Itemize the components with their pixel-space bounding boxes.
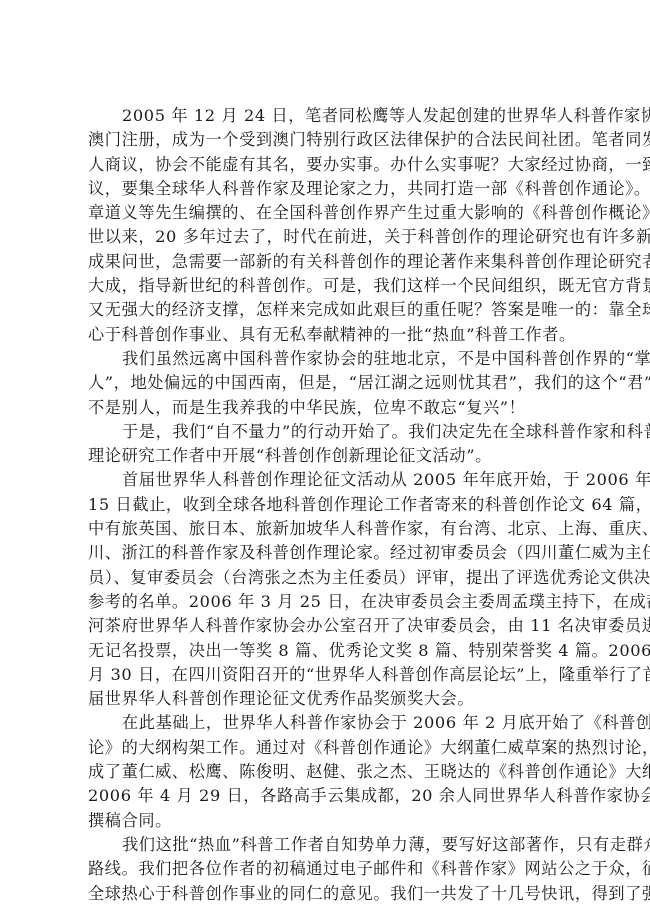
- text-line: 2005 年 12 月 24 日，笔者同松鹰等人发起创建的世界华人科普作家协会在: [88, 104, 564, 128]
- text-line: 首届世界华人科普创作理论征文活动从 2005 年年底开始，于 2006 年 3 …: [88, 468, 564, 492]
- paragraph: 首届世界华人科普创作理论征文活动从 2005 年年底开始，于 2006 年 3 …: [88, 468, 564, 711]
- text-line: 全球热心于科普创作事业的同仁的意见。我们一共发了十几号快讯，得到了强烈: [88, 882, 564, 906]
- text-line: 议，要集全球华人科普作家及理论家之力，共同打造一部《科普创作通论》。自: [88, 177, 564, 201]
- text-line: 世以来，20 多年过去了，时代在前进，关于科普创作的理论研究也有许多新的: [88, 225, 564, 249]
- text-line: 中有旅英国、旅日本、旅新加坡华人科普作家，有台湾、北京、上海、重庆、四: [88, 517, 564, 541]
- text-line: 理论研究工作者中开展“科普创作创新理论征文活动”。: [88, 444, 564, 468]
- text-line: 我们虽然远离中国科普作家协会的驻地北京，不是中国科普创作界的“掌门: [88, 347, 564, 371]
- text-line: 章道义等先生编撰的、在全国科普创作界产生过重大影响的《科普创作概论》问: [88, 201, 564, 225]
- document-page: 2005 年 12 月 24 日，笔者同松鹰等人发起创建的世界华人科普作家协会在…: [0, 0, 650, 911]
- paragraph: 我们这批“热血”科普工作者自知势单力薄，要写好这部著作，只有走群众 路线。我们把…: [88, 833, 564, 906]
- paragraph: 2005 年 12 月 24 日，笔者同松鹰等人发起创建的世界华人科普作家协会在…: [88, 104, 564, 347]
- text-line: 人商议，协会不能虚有其名，要办实事。办什么实事呢？大家经过协商，一致决: [88, 153, 564, 177]
- body-text: 2005 年 12 月 24 日，笔者同松鹰等人发起创建的世界华人科普作家协会在…: [88, 104, 564, 906]
- text-line: 参考的名单。2006 年 3 月 25 日，在决审委员会主委周孟璞主持下，在成都…: [88, 590, 564, 614]
- text-line: 不是别人，而是生我养我的中华民族，位卑不敢忘“复兴”！: [88, 396, 564, 420]
- text-line: 月 30 日，在四川资阳召开的“世界华人科普创作高层论坛”上，隆重举行了首: [88, 663, 564, 687]
- text-line: 又无强大的经济支撑，怎样来完成如此艰巨的重任呢？答案是唯一的：靠全球热: [88, 298, 564, 322]
- paragraph: 于是，我们“自不量力”的行动开始了。我们决定先在全球科普作家和科普 理论研究工作…: [88, 420, 564, 469]
- paragraph: 我们虽然远离中国科普作家协会的驻地北京，不是中国科普创作界的“掌门 人”，地处偏…: [88, 347, 564, 420]
- text-line: 河茶府世界华人科普作家协会办公室召开了决审委员会，由 11 名决审委员进行: [88, 614, 564, 638]
- text-line: 无记名投票，决出一等奖 8 篇、优秀论文奖 8 篇、特别荣誉奖 4 篇。2006…: [88, 639, 564, 663]
- text-line: 15 日截止，收到全球各地科普创作理论工作者寄来的科普创作论文 64 篇，作者: [88, 493, 564, 517]
- text-line: 川、浙江的科普作家及科普创作理论家。经过初审委员会（四川董仁威为主任委: [88, 541, 564, 565]
- paragraph: 在此基础上，世界华人科普作家协会于 2006 年 2 月底开始了《科普创作通 论…: [88, 711, 564, 832]
- text-line: 大成，指导新世纪的科普创作。可是，我们这样一个民间组织，既无官方背景，: [88, 274, 564, 298]
- text-line: 我们这批“热血”科普工作者自知势单力薄，要写好这部著作，只有走群众: [88, 833, 564, 857]
- text-line: 撰稿合同。: [88, 809, 564, 833]
- text-line: 届世界华人科普创作理论征文优秀作品奖颁奖大会。: [88, 687, 564, 711]
- text-line: 员）、复审委员会（台湾张之杰为主任委员）评审，提出了评选优秀论文供决审: [88, 566, 564, 590]
- text-line: 澳门注册，成为一个受到澳门特别行政区法律保护的合法民间社团。笔者同发起: [88, 128, 564, 152]
- text-line: 路线。我们把各位作者的初稿通过电子邮件和《科普作家》网站公之于众，征求: [88, 857, 564, 881]
- text-line: 在此基础上，世界华人科普作家协会于 2006 年 2 月底开始了《科普创作通: [88, 711, 564, 735]
- text-line: 2006 年 4 月 29 日，各路高手云集成都，20 余人同世界华人科普作家协…: [88, 784, 564, 808]
- text-line: 论》的大纲构架工作。通过对《科普创作通论》大纲董仁威草案的热烈讨论，形: [88, 736, 564, 760]
- text-line: 成果问世，急需要一部新的有关科普创作的理论著作来集科普创作理论研究者的: [88, 250, 564, 274]
- text-line: 心于科普创作事业、具有无私奉献精神的一批“热血”科普工作者。: [88, 323, 564, 347]
- text-line: 于是，我们“自不量力”的行动开始了。我们决定先在全球科普作家和科普: [88, 420, 564, 444]
- text-line: 成了董仁威、松鹰、陈俊明、赵健、张之杰、王晓达的《科普创作通论》大纲。: [88, 760, 564, 784]
- text-line: 人”，地处偏远的中国西南，但是，“居江湖之远则忧其君”，我们的这个“君”: [88, 371, 564, 395]
